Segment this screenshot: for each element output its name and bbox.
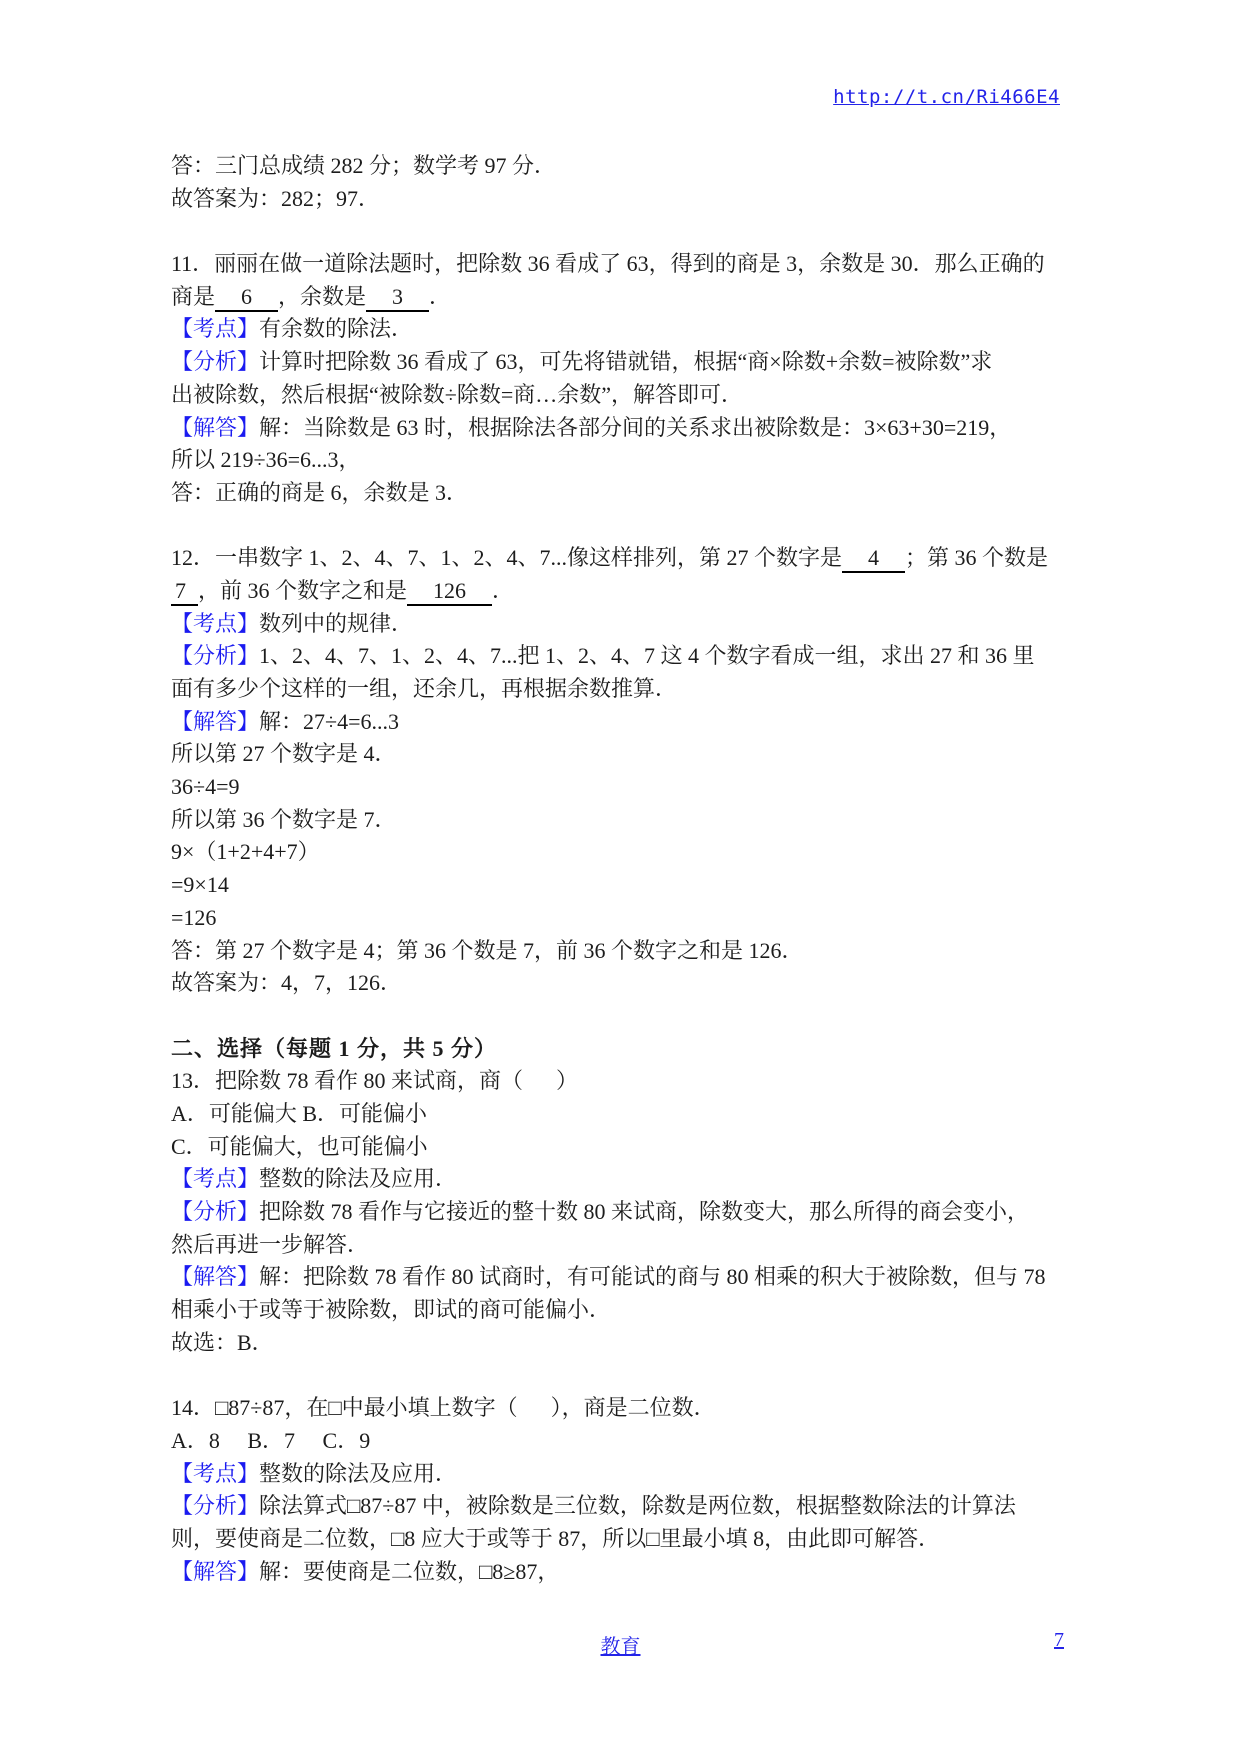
text-run: 解：当除数是 63 时，根据除法各部分间的关系求出被除数是：3×63+30=21… [259, 415, 1011, 440]
text-run: 所以 219÷36=6...3， [171, 447, 360, 472]
text-line: A．8 B．7 C．9 [171, 1425, 1081, 1458]
category-tag: 【分析】 [171, 1493, 259, 1518]
text-run: 答：第 27 个数字是 4；第 36 个数是 7，前 36 个数字之和是 126… [171, 938, 804, 963]
text-run: A．可能偏大 B．可能偏小 [171, 1101, 427, 1126]
page-number-link[interactable]: 7 [1054, 1629, 1064, 1652]
answer-blank: 3 [366, 284, 429, 312]
text-run: 解：27÷4=6...3 [259, 709, 399, 734]
text-run: ；第 36 个数是 [905, 545, 1048, 570]
category-tag: 【考点】 [171, 1166, 259, 1191]
text-line: 11．丽丽在做一道除法题时，把除数 36 看成了 63，得到的商是 3，余数是 … [171, 248, 1081, 281]
text-run: 答：三门总成绩 282 分；数学考 97 分． [171, 153, 556, 178]
text-run: 相乘小于或等于被除数，即试的商可能偏小． [171, 1297, 611, 1322]
text-run: 二、选择（每题 1 分，共 5 分） [171, 1036, 497, 1061]
text-run: 出被除数，然后根据“被除数÷除数=商…余数”，解答即可． [171, 382, 743, 407]
text-line: 出被除数，然后根据“被除数÷除数=商…余数”，解答即可． [171, 379, 1081, 412]
blank-line [171, 1000, 1081, 1033]
text-line: A．可能偏大 B．可能偏小 [171, 1098, 1081, 1131]
text-run: 14．□87÷87，在□中最小填上数字（ ），商是二位数． [171, 1395, 716, 1420]
text-line: 【考点】整数的除法及应用． [171, 1163, 1081, 1196]
text-run: =126 [171, 905, 216, 930]
category-tag: 【解答】 [171, 1264, 259, 1289]
text-line: 【分析】除法算式□87÷87 中，被除数是三位数，除数是两位数，根据整数除法的计… [171, 1490, 1081, 1523]
text-line: 答：第 27 个数字是 4；第 36 个数是 7，前 36 个数字之和是 126… [171, 935, 1081, 968]
text-run: 数列中的规律． [259, 611, 413, 636]
exam-document: 答：三门总成绩 282 分；数学考 97 分．故答案为：282；97．11．丽丽… [171, 150, 1081, 1588]
text-run: ． [492, 578, 514, 603]
text-line: C．可能偏大，也可能偏小 [171, 1131, 1081, 1164]
text-line: 故答案为：4，7，126． [171, 967, 1081, 1000]
text-run: 12．一串数字 1、2、4、7、1、2、4、7...像这样排列，第 27 个数字… [171, 545, 842, 570]
text-line: 【分析】计算时把除数 36 看成了 63，可先将错就错，根据“商×除数+余数=被… [171, 346, 1081, 379]
text-run: ，余数是 [278, 284, 366, 309]
text-run: ，前 36 个数字之和是 [198, 578, 407, 603]
category-tag: 【考点】 [171, 1461, 259, 1486]
text-run: 除法算式□87÷87 中，被除数是三位数，除数是两位数，根据整数除法的计算法 [259, 1493, 1016, 1518]
text-run: 解：要使商是二位数，□8≥87， [259, 1559, 559, 1584]
footer-education-link[interactable]: 教育 [601, 1630, 641, 1659]
category-tag: 【解答】 [171, 1559, 259, 1584]
text-line: 【解答】解：27÷4=6...3 [171, 706, 1081, 739]
text-run: 故答案为：282；97． [171, 186, 380, 211]
text-line: 则，要使商是二位数，□8 应大于或等于 87，所以□里最小填 8，由此即可解答． [171, 1523, 1081, 1556]
text-line: 9×（1+2+4+7） [171, 836, 1081, 869]
text-run: 然后再进一步解答． [171, 1232, 369, 1257]
text-line: =126 [171, 902, 1081, 935]
text-line: 故答案为：282；97． [171, 183, 1081, 216]
category-tag: 【分析】 [171, 643, 259, 668]
text-run: 整数的除法及应用． [259, 1461, 457, 1486]
text-line: 答：正确的商是 6，余数是 3． [171, 477, 1081, 510]
text-run: 有余数的除法． [259, 316, 413, 341]
text-line: 【分析】把除数 78 看作与它接近的整十数 80 来试商，除数变大，那么所得的商… [171, 1196, 1081, 1229]
blank-line [171, 1359, 1081, 1392]
category-tag: 【分析】 [171, 1199, 259, 1224]
text-line: 所以第 36 个数字是 7． [171, 804, 1081, 837]
text-line: 14．□87÷87，在□中最小填上数字（ ），商是二位数． [171, 1392, 1081, 1425]
text-line: 面有多少个这样的一组，还余几，再根据余数推算． [171, 673, 1081, 706]
text-run: 解：把除数 78 看作 80 试商时，有可能试的商与 80 相乘的积大于被除数，… [259, 1264, 1046, 1289]
text-run: 计算时把除数 36 看成了 63，可先将错就错，根据“商×除数+余数=被除数”求 [259, 349, 992, 374]
text-line: 答：三门总成绩 282 分；数学考 97 分． [171, 150, 1081, 183]
category-tag: 【考点】 [171, 316, 259, 341]
text-line: 【考点】整数的除法及应用． [171, 1458, 1081, 1491]
category-tag: 【分析】 [171, 349, 259, 374]
text-line: 故选：B． [171, 1327, 1081, 1360]
answer-blank: 4 [842, 545, 905, 573]
text-run: 答：正确的商是 6，余数是 3． [171, 480, 468, 505]
text-run: C．可能偏大，也可能偏小 [171, 1134, 428, 1159]
text-run: A．8 B．7 C．9 [171, 1428, 370, 1453]
text-line: 所以 219÷36=6...3， [171, 444, 1081, 477]
section-heading: 二、选择（每题 1 分，共 5 分） [171, 1033, 1081, 1066]
text-line: 所以第 27 个数字是 4． [171, 738, 1081, 771]
text-line: 【考点】有余数的除法． [171, 313, 1081, 346]
text-run: 故选：B． [171, 1330, 274, 1355]
text-run: ． [429, 284, 451, 309]
category-tag: 【考点】 [171, 611, 259, 636]
text-run: 所以第 36 个数字是 7． [171, 807, 397, 832]
text-line: 【分析】1、2、4、7、1、2、4、7...把 1、2、4、7 这 4 个数字看… [171, 640, 1081, 673]
text-run: =9×14 [171, 872, 229, 897]
text-line: 7，前 36 个数字之和是126． [171, 575, 1081, 608]
text-run: 36÷4=9 [171, 774, 239, 799]
text-run: 面有多少个这样的一组，还余几，再根据余数推算． [171, 676, 677, 701]
share-url-link[interactable]: http://t.cn/Ri466E4 [833, 86, 1060, 108]
text-line: 【解答】解：当除数是 63 时，根据除法各部分间的关系求出被除数是：3×63+3… [171, 412, 1081, 445]
answer-blank: 6 [215, 284, 278, 312]
text-run: 商是 [171, 284, 215, 309]
text-run: 故答案为：4，7，126． [171, 970, 402, 995]
answer-blank: 126 [407, 578, 492, 606]
text-line: =9×14 [171, 869, 1081, 902]
text-line: 13．把除数 78 看作 80 来试商，商（ ） [171, 1065, 1081, 1098]
text-line: 然后再进一步解答． [171, 1229, 1081, 1262]
blank-line [171, 215, 1081, 248]
category-tag: 【解答】 [171, 709, 259, 734]
text-line: 12．一串数字 1、2、4、7、1、2、4、7...像这样排列，第 27 个数字… [171, 542, 1081, 575]
text-line: 【解答】解：要使商是二位数，□8≥87， [171, 1556, 1081, 1589]
text-run: 1、2、4、7、1、2、4、7...把 1、2、4、7 这 4 个数字看成一组，… [259, 643, 1035, 668]
category-tag: 【解答】 [171, 415, 259, 440]
answer-blank: 7 [171, 578, 198, 606]
text-run: 11．丽丽在做一道除法题时，把除数 36 看成了 63，得到的商是 3，余数是 … [171, 251, 1045, 276]
text-run: 9×（1+2+4+7） [171, 839, 320, 864]
text-line: 【解答】解：把除数 78 看作 80 试商时，有可能试的商与 80 相乘的积大于… [171, 1261, 1081, 1294]
text-line: 商是6，余数是3． [171, 281, 1081, 314]
page-background: http://t.cn/Ri466E4 答：三门总成绩 282 分；数学考 97… [0, 0, 1241, 1754]
text-run: 把除数 78 看作与它接近的整十数 80 来试商，除数变大，那么所得的商会变小， [259, 1199, 1029, 1224]
text-run: 13．把除数 78 看作 80 来试商，商（ ） [171, 1068, 578, 1093]
blank-line [171, 510, 1081, 543]
text-run: 则，要使商是二位数，□8 应大于或等于 87，所以□里最小填 8，由此即可解答． [171, 1526, 940, 1551]
text-run: 整数的除法及应用． [259, 1166, 457, 1191]
text-line: 相乘小于或等于被除数，即试的商可能偏小． [171, 1294, 1081, 1327]
document-lines: 答：三门总成绩 282 分；数学考 97 分．故答案为：282；97．11．丽丽… [171, 150, 1081, 1588]
text-line: 【考点】数列中的规律． [171, 608, 1081, 641]
text-run: 所以第 27 个数字是 4． [171, 741, 397, 766]
text-line: 36÷4=9 [171, 771, 1081, 804]
